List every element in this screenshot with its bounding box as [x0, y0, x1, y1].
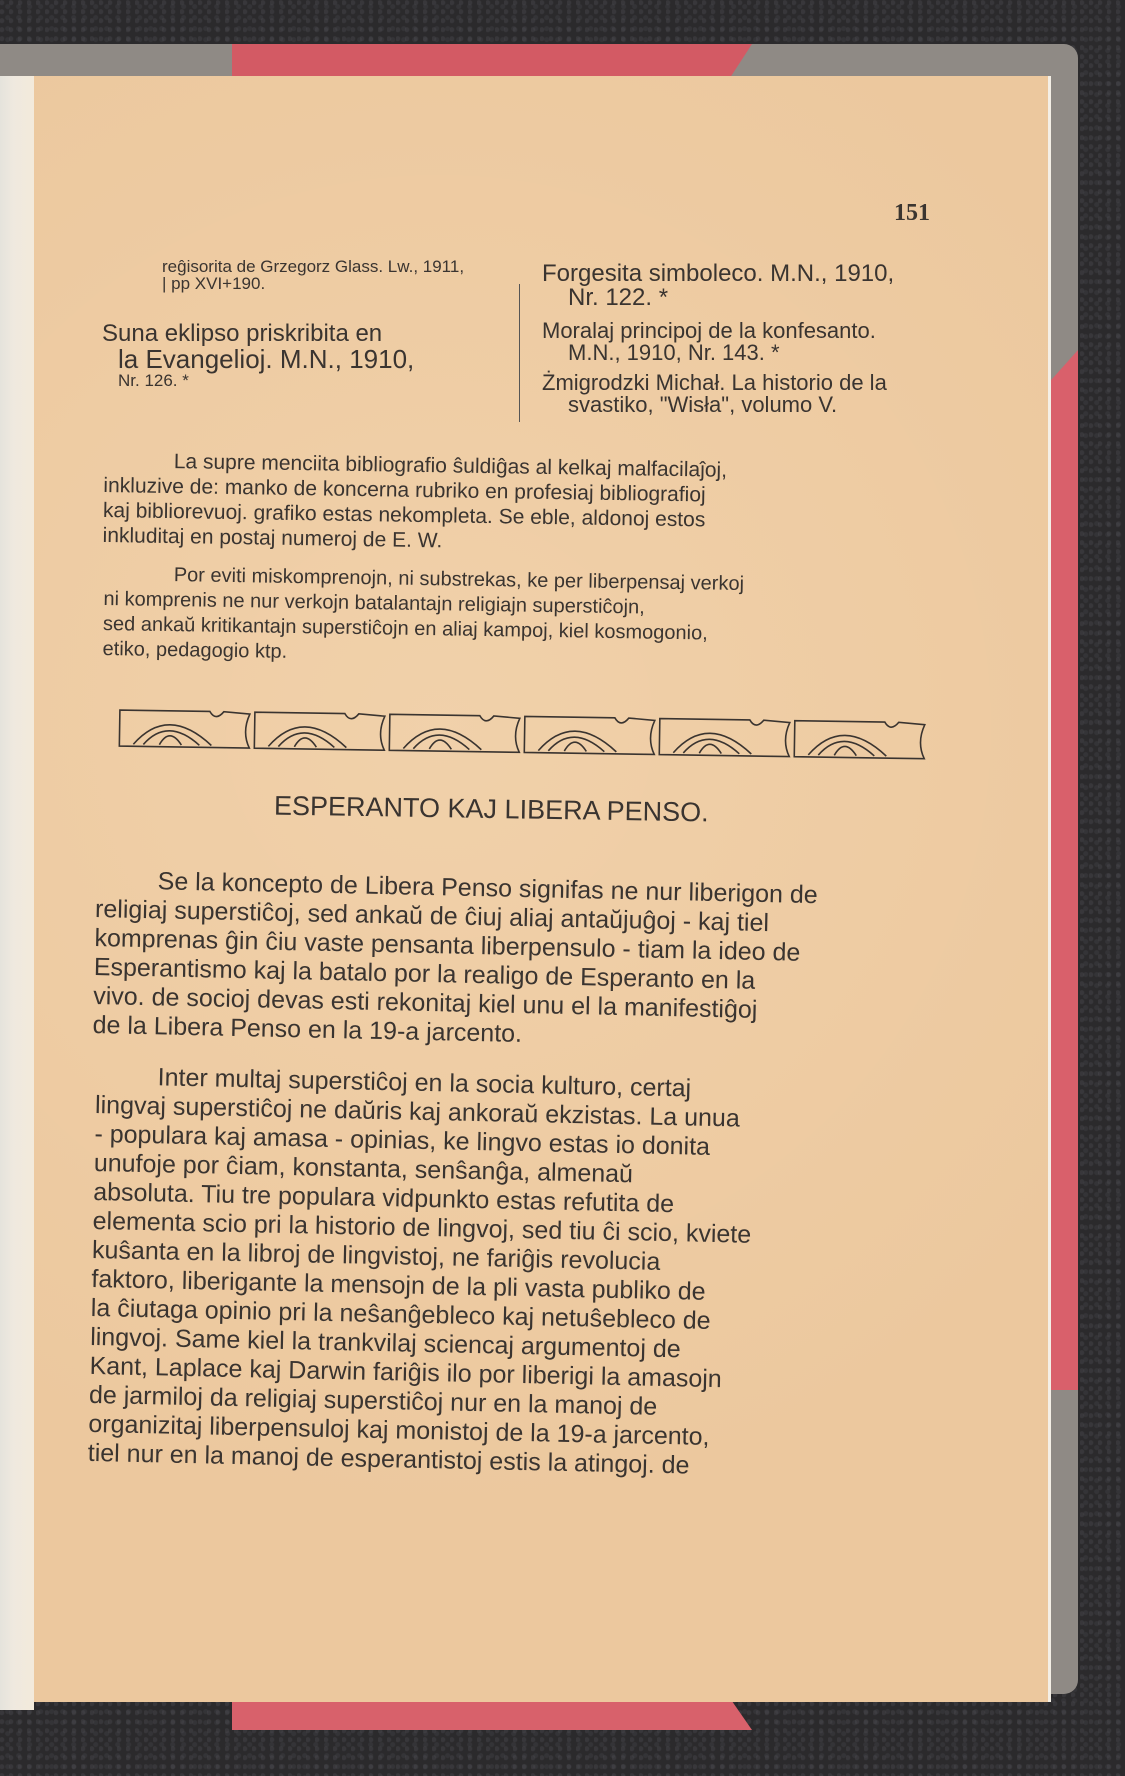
bib-entry: Suna eklipso priskribita en la Evangelio…	[102, 322, 512, 390]
book-page: 151 reĝisorita de Grzegorz Glass. Lw., 1…	[34, 76, 1051, 1702]
section-title: ESPERANTO KAJ LIBERA PENSO.	[274, 791, 709, 829]
bib-line: M.N., 1910, Nr. 143. *	[542, 342, 992, 364]
note-paragraph-2: Por eviti miskomprenojn, ni substrekas, …	[102, 562, 893, 674]
bib-line: la Evangelioj. M.N., 1910,	[102, 344, 414, 374]
bib-entry: reĝisorita de Grzegorz Glass. Lw., 1911,…	[162, 258, 512, 292]
bib-line: svastiko, "Wisła", volumo V.	[542, 394, 992, 416]
bibliography-left-column: reĝisorita de Grzegorz Glass. Lw., 1911,…	[102, 258, 512, 390]
note-paragraph-1: La supre menciita bibliografio ŝuldiĝas …	[102, 448, 893, 560]
bib-entry: Forgesita simboleco. M.N., 1910, Nr. 122…	[542, 262, 992, 310]
cover-red-edge-right	[1050, 350, 1078, 1390]
bib-line: Forgesita simboleco. M.N., 1910,	[542, 260, 894, 287]
body-paragraph-2: Inter multaj superstiĉoj en la socia kul…	[87, 1062, 835, 1483]
bib-entry: Żmigrodzki Michał. La historio de la sva…	[542, 372, 992, 416]
bibliography-right-column: Forgesita simboleco. M.N., 1910, Nr. 122…	[542, 262, 992, 416]
cover-red-edge-bottom	[232, 1700, 752, 1730]
page-stack-edge	[0, 76, 34, 1710]
bib-line: | pp XVI+190.	[162, 274, 265, 293]
bib-line: Nr. 122. *	[542, 286, 992, 310]
body-paragraph-1: Se la koncepto de Libera Penso signifas …	[92, 866, 835, 1055]
column-divider	[519, 284, 520, 422]
text-line: inkluditaj en postaj numeroj de E. W.	[102, 524, 442, 552]
bib-line: Suna eklipso priskribita en	[102, 320, 382, 347]
bib-line: Nr. 126. *	[102, 371, 189, 390]
decorative-border-ornament	[115, 704, 946, 767]
page-number: 151	[894, 200, 930, 227]
bib-entry: Moralaj principoj de la konfesanto. M.N.…	[542, 320, 992, 364]
cover-red-edge-top	[232, 44, 752, 76]
text-line: etiko, pedagogio ktp.	[102, 638, 287, 663]
